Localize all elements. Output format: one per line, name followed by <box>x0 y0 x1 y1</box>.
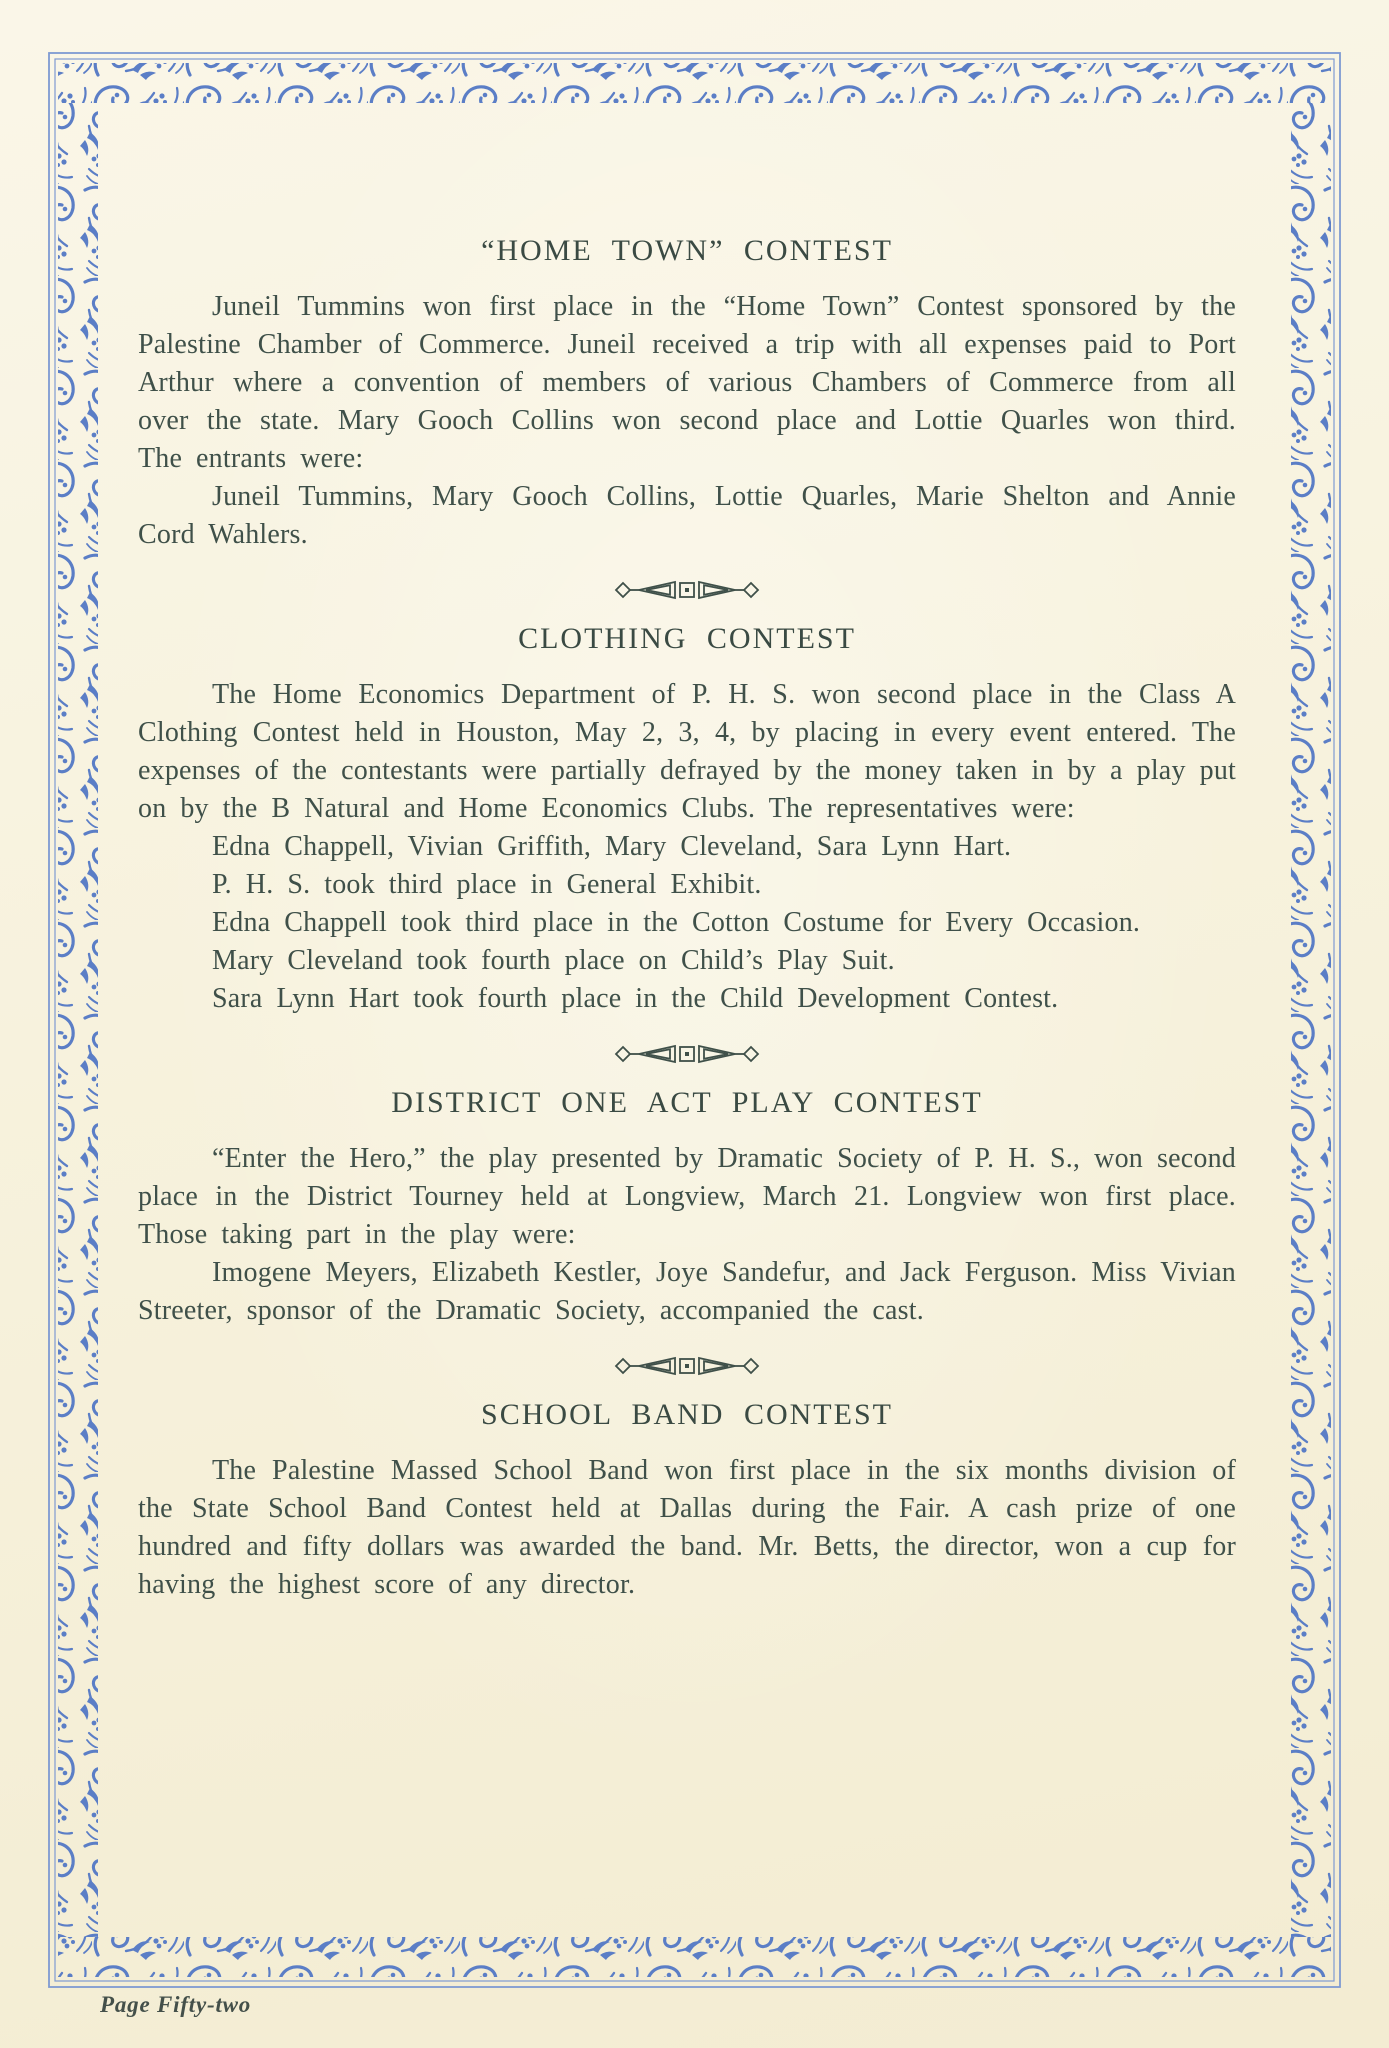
section-body: “Enter the Hero,” the play presented by … <box>138 1140 1236 1330</box>
section-divider <box>138 1042 1236 1066</box>
paragraph: The Home Economics Department of P. H. S… <box>138 676 1236 828</box>
contest-section: “HOME TOWN” CONTEST Juneil Tummins won f… <box>138 234 1236 554</box>
bowtie-ornament-icon <box>612 1042 762 1066</box>
section-heading: “HOME TOWN” CONTEST <box>138 234 1236 268</box>
section-heading: CLOTHING CONTEST <box>138 622 1236 656</box>
section-body: Juneil Tummins won first place in the “H… <box>138 288 1236 554</box>
section-heading: SCHOOL BAND CONTEST <box>138 1398 1236 1432</box>
contest-section: SCHOOL BAND CONTEST The Palestine Massed… <box>138 1398 1236 1604</box>
paragraph: Mary Cleveland took fourth place on Chil… <box>138 942 1236 980</box>
bowtie-ornament-icon <box>612 578 762 602</box>
content-column: “HOME TOWN” CONTEST Juneil Tummins won f… <box>138 234 1236 1604</box>
paragraph: The Palestine Massed School Band won fir… <box>138 1452 1236 1604</box>
section-body: The Home Economics Department of P. H. S… <box>138 676 1236 1018</box>
paragraph: Edna Chappell took third place in the Co… <box>138 904 1236 942</box>
paragraph: P. H. S. took third place in General Exh… <box>138 866 1236 904</box>
paragraph: Juneil Tummins won first place in the “H… <box>138 288 1236 478</box>
paragraph: “Enter the Hero,” the play presented by … <box>138 1140 1236 1254</box>
paragraph: Juneil Tummins, Mary Gooch Collins, Lott… <box>138 478 1236 554</box>
paragraph: Imogene Meyers, Elizabeth Kestler, Joye … <box>138 1254 1236 1330</box>
paragraph: Edna Chappell, Vivian Griffith, Mary Cle… <box>138 828 1236 866</box>
bowtie-ornament-icon <box>612 1354 762 1378</box>
contest-section: DISTRICT ONE ACT PLAY CONTEST “Enter the… <box>138 1086 1236 1330</box>
paragraph: Sara Lynn Hart took fourth place in the … <box>138 980 1236 1018</box>
section-divider <box>138 1354 1236 1378</box>
yearbook-page: “HOME TOWN” CONTEST Juneil Tummins won f… <box>0 0 1389 2048</box>
contest-section: CLOTHING CONTEST The Home Economics Depa… <box>138 622 1236 1018</box>
section-body: The Palestine Massed School Band won fir… <box>138 1452 1236 1604</box>
section-divider <box>138 578 1236 602</box>
page-number-label: Page Fifty-two <box>100 1992 251 2018</box>
section-heading: DISTRICT ONE ACT PLAY CONTEST <box>138 1086 1236 1120</box>
